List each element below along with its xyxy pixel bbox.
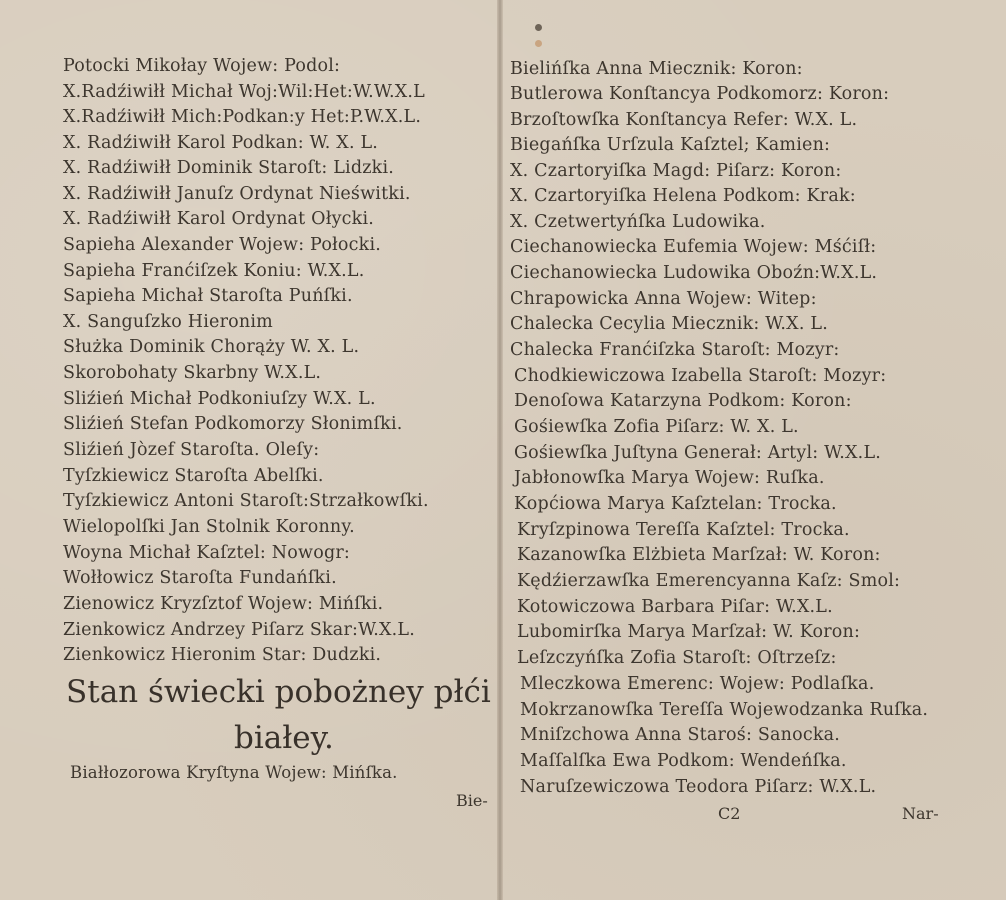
entry: Tyſzkiewicz Antoni Staroſt:Strzałkowſki.: [63, 490, 429, 512]
catchword: Nar-: [902, 804, 939, 823]
entry: Kazanowſka Elżbieta Marſzał: W. Koron:: [517, 544, 881, 566]
entry: Zienkowicz Hieronim Star: Dudzki.: [63, 644, 381, 666]
entry: Sliźień Michał Podkoniuſzy W.X. L.: [63, 388, 376, 410]
entry: Denoſowa Katarzyna Podkom: Koron:: [514, 390, 852, 412]
entry: Kotowiczowa Barbara Piſar: W.X.L.: [517, 596, 833, 618]
entry: X. Radźiwiłł Karol Ordynat Ołycki.: [63, 208, 374, 230]
entry: Gośiewſka Juſtyna Generał: Artyl: W.X.L.: [514, 442, 881, 464]
entry: Ciechanowiecka Eufemia Wojew: Mśćiſł:: [510, 236, 876, 258]
entry: Mokrzanowſka Tereſſa Wojewodzanka Ruſka.: [520, 699, 928, 721]
entry: X. Sanguſzko Hieronim: [63, 311, 273, 333]
entry: Mleczkowa Emerenc: Wojew: Podlaſka.: [520, 673, 874, 695]
entry: Butlerowa Konſtancya Podkomorz: Koron:: [510, 83, 889, 105]
entry: Mniſzchowa Anna Staroś: Sanocka.: [520, 724, 840, 746]
entry: Woyna Michał Kaſztel: Nowogr:: [63, 542, 350, 564]
entry: Biegańſka Urſzula Kaſztel; Kamien:: [510, 134, 830, 156]
entry: Kryſzpinowa Tereſſa Kaſztel: Trocka.: [517, 519, 850, 541]
entry: X. Radźiwiłł Karol Podkan: W. X. L.: [63, 132, 378, 154]
entry: Jabłonowſka Marya Wojew: Ruſka.: [514, 467, 825, 489]
section-heading-continuation: białey.: [234, 720, 334, 756]
entry: X. Radźiwiłł Dominik Staroſt: Lidzki.: [63, 157, 394, 179]
left-page: Potocki Mikołay Wojew: Podol: X.Radźiwił…: [0, 0, 500, 900]
entry: Leſzczyńſka Zofia Staroſt: Oſtrzeſz:: [517, 647, 837, 669]
signature-mark: C2: [718, 804, 740, 823]
entry: X.Radźiwiłł Mich:Podkan:y Het:P.W.X.L.: [63, 106, 421, 128]
entry: Sliźień Jòzef Staroſta. Oleſy:: [63, 439, 319, 461]
entry: Służka Dominik Chorąży W. X. L.: [63, 336, 359, 358]
entry: Sapieha Alexander Wojew: Połocki.: [63, 234, 381, 256]
entry: Zienowicz Kryzſztof Wojew: Mińſki.: [63, 593, 383, 615]
entry: Kopćiowa Marya Kaſztelan: Trocka.: [514, 493, 837, 515]
entry: Białłozorowa Kryſtyna Wojew: Mińſka.: [70, 762, 398, 784]
entry: Wołłowicz Staroſta Fundańſki.: [63, 567, 337, 589]
entry: Lubomirſka Marya Marſzał: W. Koron:: [517, 621, 860, 643]
entry: X. Czartoryiſka Helena Podkom: Krak:: [510, 185, 856, 207]
entry: Chodkiewiczowa Izabella Staroſt: Mozyr:: [514, 365, 886, 387]
entry: Gośiewſka Zofia Piſarz: W. X. L.: [514, 416, 799, 438]
entry: Tyſzkiewicz Staroſta Abelſki.: [63, 465, 324, 487]
entry: Skorobohaty Skarbny W.X.L.: [63, 362, 321, 384]
entry: X. Radźiwiłł Januſz Ordynat Nieświtki.: [63, 183, 411, 205]
entry: Potocki Mikołay Wojew: Podol:: [63, 55, 340, 77]
entry: X.Radźiwiłł Michał Woj:Wil:Het:W.W.X.L: [63, 81, 425, 103]
entry: Brzoſtowſka Konſtancya Refer: W.X. L.: [510, 109, 857, 131]
entry: Maſſalſka Ewa Podkom: Wendeńſka.: [520, 750, 847, 772]
entry: X. Czetwertyńſka Ludowika.: [510, 211, 766, 233]
entry: Sapieha Franćiſzek Koniu: W.X.L.: [63, 260, 365, 282]
section-heading: Stan świecki pobożney płći: [66, 674, 498, 710]
right-page: Bielińſka Anna Miecznik: Koron: Butlerow…: [500, 0, 1006, 900]
entry: Zienkowicz Andrzey Piſarz Skar:W.X.L.: [63, 619, 415, 641]
entry: Sliźień Stefan Podkomorzy Słonimſki.: [63, 413, 403, 435]
book-spread: Potocki Mikołay Wojew: Podol: X.Radźiwił…: [0, 0, 1006, 900]
catchword: Bie-: [456, 791, 488, 810]
entry: Bielińſka Anna Miecznik: Koron:: [510, 58, 803, 80]
entry: Chalecka Franćiſzka Staroſt: Mozyr:: [510, 339, 840, 361]
entry: Naruſzewiczowa Teodora Piſarz: W.X.L.: [520, 776, 876, 798]
entry: Ciechanowiecka Ludowika Oboźn:W.X.L.: [510, 262, 877, 284]
entry: Chalecka Cecylia Miecznik: W.X. L.: [510, 313, 828, 335]
entry: X. Czartoryiſka Magd: Piſarz: Koron:: [510, 160, 841, 182]
entry: Chrapowicka Anna Wojew: Witep:: [510, 288, 817, 310]
entry: Sapieha Michał Staroſta Puńſki.: [63, 285, 353, 307]
entry: Wielopolſki Jan Stolnik Koronny.: [63, 516, 355, 538]
entry: Kędźierzawſka Emerencyanna Kaſz: Smol:: [517, 570, 900, 592]
